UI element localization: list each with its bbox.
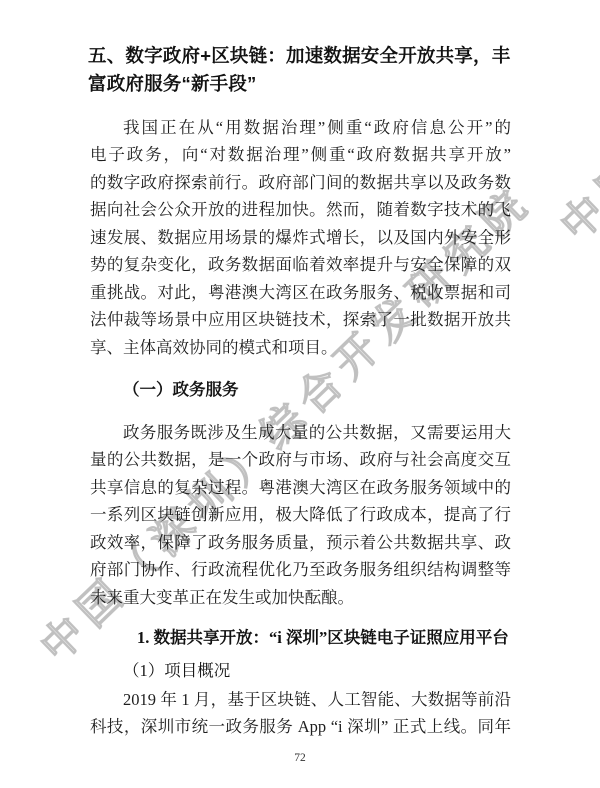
paragraph-gov-services: 政务服务既涉及生成大量的公共数据，又需要运用大 量的公共数据，是一个政府与市场、…	[90, 419, 511, 611]
body-line: 电子政务，向“对数据治理”侧重“政府数据共享开放”	[90, 141, 511, 168]
chapter-title: 五、数字政府+区块链：加速数据安全开放共享，丰 富政府服务“新手段”	[88, 42, 518, 98]
item-heading: （1）项目概况	[90, 657, 511, 684]
body-line: 政效率，保障了政务服务质量，预示着公共数据共享、政	[90, 529, 511, 556]
body-line: 共享信息的复杂过程。粤港澳大湾区在政务服务领域中的	[90, 474, 511, 501]
paragraph-intro: 我国正在从“用数据治理”侧重“政府信息公开”的 电子政务，向“对数据治理”侧重“…	[90, 114, 511, 361]
chapter-title-line: 五、数字政府+区块链：加速数据安全开放共享，丰	[88, 42, 518, 70]
paragraph-project-overview: 2019 年 1 月，基于区块链、人工智能、大数据等前沿 科技，深圳市统一政务服…	[90, 686, 511, 741]
body-line: 据向社会公众开放的进程加快。然而，随着数字技术的飞	[90, 196, 511, 223]
body-line: 科技，深圳市统一政务服务 App “i 深圳” 正式上线。同年	[90, 713, 511, 740]
section-heading: （一）政务服务	[90, 376, 511, 403]
body-line: 府部门协作、行政流程优化乃至政务服务组织结构调整等	[90, 556, 511, 583]
body-line: 重挑战。对此，粤港澳大湾区在政务服务、税收票据和司	[90, 279, 511, 306]
document-page: 中国（深圳）综合开发研究院 中国（深圳）综合开发研究院 五、数字政府+区块链：加…	[0, 0, 600, 788]
body-line: 的数字政府探索前行。政府部门间的数据共享以及政务数	[90, 169, 511, 196]
page-number: 72	[0, 752, 600, 764]
body-line: 未来重大变革正在发生或加快酝酿。	[90, 584, 511, 611]
body-line: 政务服务既涉及生成大量的公共数据，又需要运用大	[90, 419, 511, 446]
body-line: 势的复杂变化，政务数据面临着效率提升与安全保障的双	[90, 251, 511, 278]
body-line: 2019 年 1 月，基于区块链、人工智能、大数据等前沿	[90, 686, 511, 713]
body-line: 我国正在从“用数据治理”侧重“政府信息公开”的	[90, 114, 511, 141]
body-line: 法仲裁等场景中应用区块链技术，探索了一批数据开放共	[90, 306, 511, 333]
chapter-title-line: 富政府服务“新手段”	[88, 70, 518, 98]
body-line: 量的公共数据，是一个政府与市场、政府与社会高度交互	[90, 446, 511, 473]
body-line: 速发展、数据应用场景的爆炸式增长，以及国内外安全形	[90, 224, 511, 251]
body-line: 享、主体高效协同的模式和项目。	[90, 334, 511, 361]
body-line: 一系列区块链创新应用，极大降低了行政成本，提高了行	[90, 501, 511, 528]
subsection-heading: 1. 数据共享开放：“i 深圳”区块链电子证照应用平台	[90, 624, 511, 651]
watermark-repeat: 中国（深圳）综合开发研究院	[545, 0, 600, 253]
